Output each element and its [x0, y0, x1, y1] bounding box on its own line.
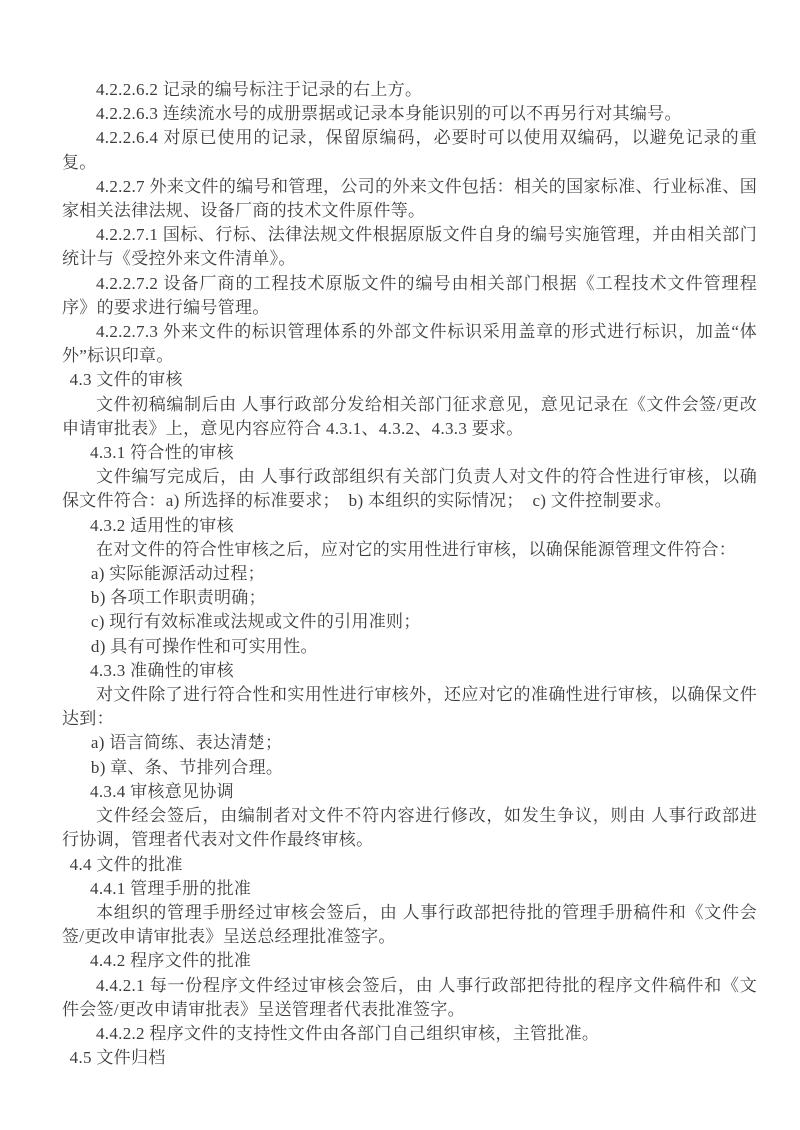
paragraph: 文件初稿编制后由 人事行政部分发给相关部门征求意见，意见记录在《文件会签/更改申…	[62, 393, 757, 441]
subsection-heading: 4.3.1 符合性的审核	[62, 441, 757, 465]
section-heading: 4.3 文件的审核	[62, 368, 757, 392]
subsection-heading: 4.4.2 程序文件的批准	[62, 949, 757, 973]
list-item: a) 语言简练、表达清楚；	[62, 731, 757, 755]
paragraph: 4.2.2.7 外来文件的编号和管理，公司的外来文件包括：相关的国家标准、行业标…	[62, 175, 757, 223]
list-item: b) 章、条、节排列合理。	[62, 756, 757, 780]
paragraph: 4.4.2.1 每一份程序文件经过审核会签后，由 人事行政部把待批的程序文件稿件…	[62, 974, 757, 1022]
list-item: d) 具有可操作性和可实用性。	[62, 635, 757, 659]
list-item: b) 各项工作职责明确；	[62, 586, 757, 610]
paragraph: 4.2.2.7.3 外来文件的标识管理体系的外部文件标识采用盖章的形式进行标识，…	[62, 320, 757, 368]
document-page: 4.2.2.6.2 记录的编号标注于记录的右上方。 4.2.2.6.3 连续流水…	[0, 0, 800, 1130]
list-item: a) 实际能源活动过程；	[62, 562, 757, 586]
list-item: c) 现行有效标准或法规或文件的引用准则；	[62, 610, 757, 634]
subsection-heading: 4.4.1 管理手册的批准	[62, 877, 757, 901]
subsection-heading: 4.3.4 审核意见协调	[62, 780, 757, 804]
paragraph: 4.2.2.6.2 记录的编号标注于记录的右上方。	[62, 78, 757, 102]
paragraph: 文件编写完成后，由 人事行政部组织有关部门负责人对文件的符合性进行审核，以确保文…	[62, 465, 757, 513]
paragraph: 对文件除了进行符合性和实用性进行审核外，还应对它的准确性进行审核，以确保文件达到…	[62, 683, 757, 731]
paragraph: 文件经会签后，由编制者对文件不符内容进行修改，如发生争议，则由 人事行政部进行协…	[62, 804, 757, 852]
section-heading: 4.4 文件的批准	[62, 853, 757, 877]
paragraph: 4.2.2.6.3 连续流水号的成册票据或记录本身能识别的可以不再另行对其编号。	[62, 102, 757, 126]
subsection-heading: 4.3.2 适用性的审核	[62, 514, 757, 538]
paragraph: 4.4.2.2 程序文件的支持性文件由各部门自己组织审核，主管批准。	[62, 1022, 757, 1046]
section-heading: 4.5 文件归档	[62, 1046, 757, 1070]
paragraph: 4.2.2.6.4 对原已使用的记录，保留原编码，必要时可以使用双编码，以避免记…	[62, 126, 757, 174]
paragraph: 4.2.2.7.1 国标、行标、法律法规文件根据原版文件自身的编号实施管理，并由…	[62, 223, 757, 271]
paragraph: 4.2.2.7.2 设备厂商的工程技术原版文件的编号由相关部门根据《工程技术文件…	[62, 272, 757, 320]
subsection-heading: 4.3.3 准确性的审核	[62, 659, 757, 683]
paragraph: 本组织的管理手册经过审核会签后，由 人事行政部把待批的管理手册稿件和《文件会签/…	[62, 901, 757, 949]
paragraph: 在对文件的符合性审核之后，应对它的实用性进行审核，以确保能源管理文件符合：	[62, 538, 757, 562]
